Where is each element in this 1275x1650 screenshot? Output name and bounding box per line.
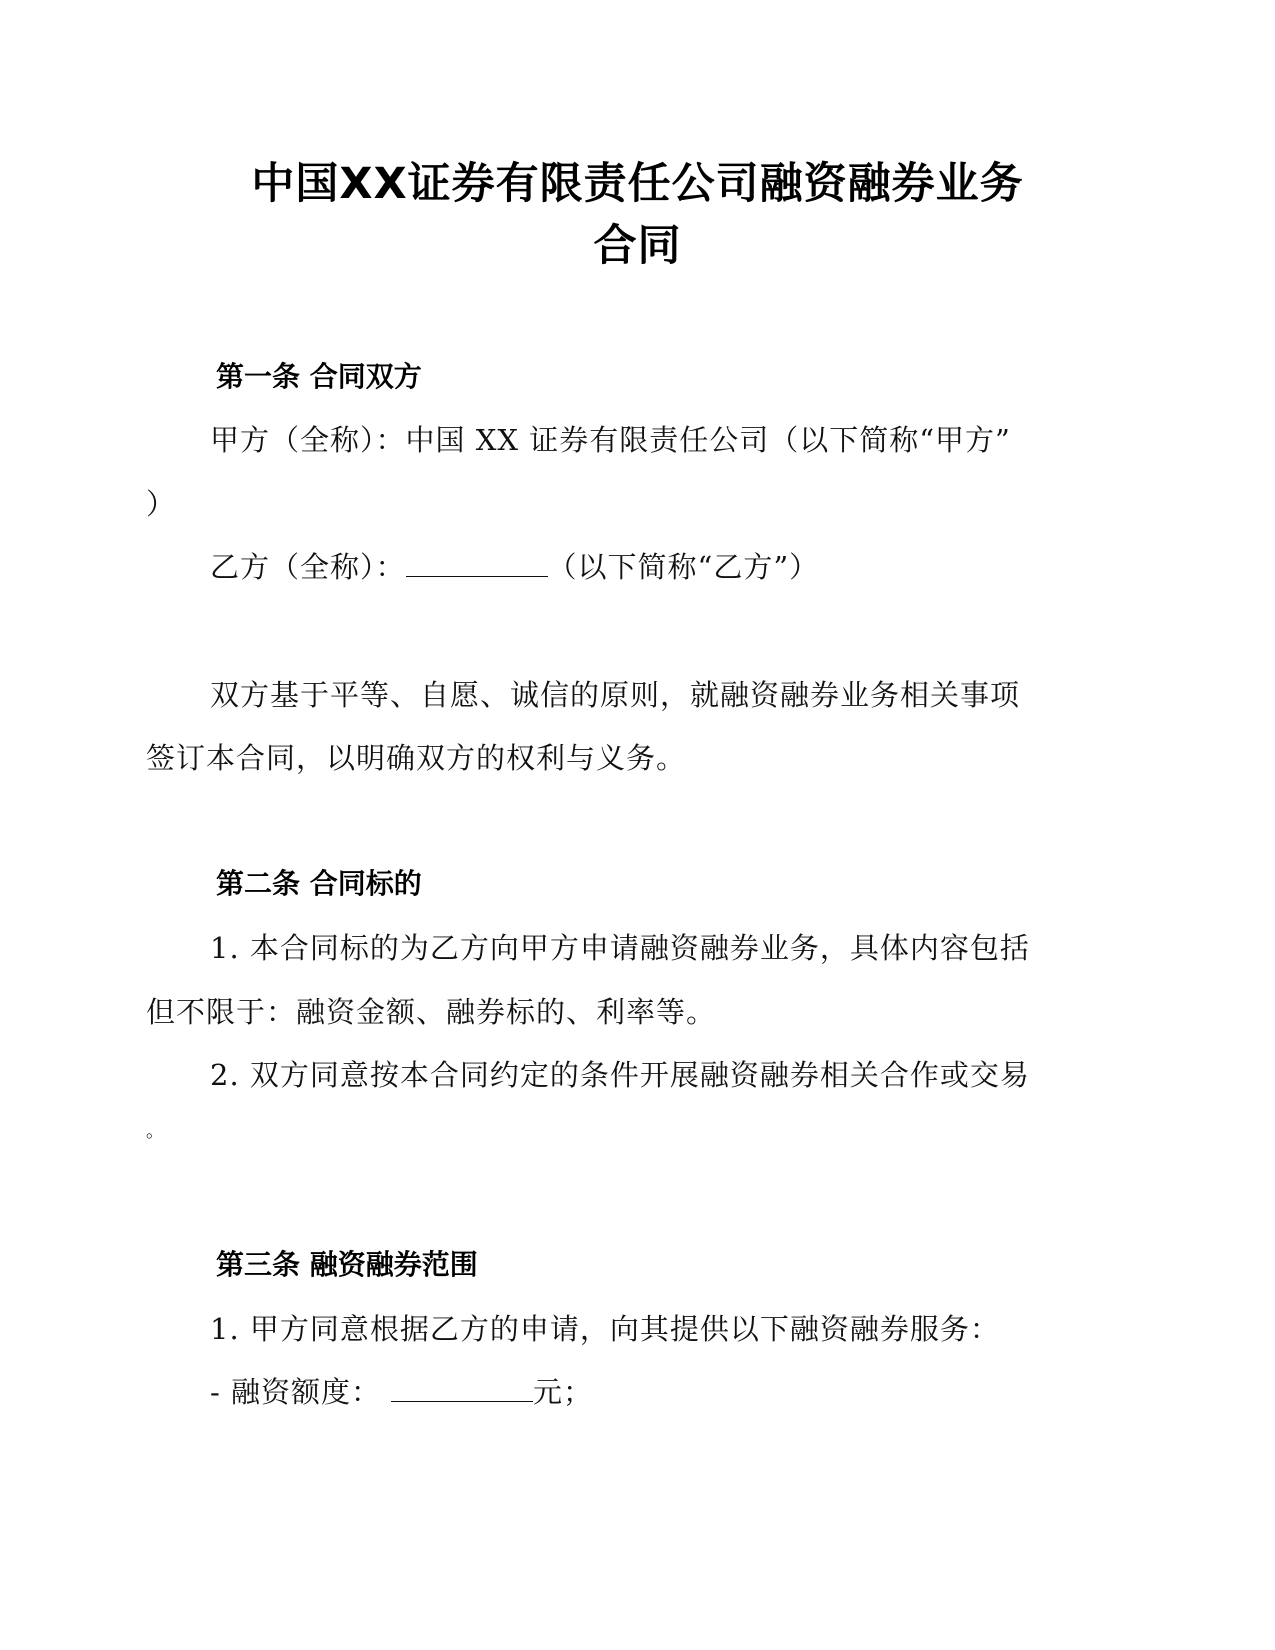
intro-line1: 双方基于平等、自愿、诚信的原则，就融资融券业务相关事项 [210,673,1020,714]
section-2-item1-line2: 但不限于：融资金额、融券标的、利率等。 [146,990,716,1031]
section-1-heading: 第一条 合同双方 [216,355,422,395]
document-title-line1: 中国XX证券有限责任公司融资融券业务 [150,150,1125,211]
financing-amount-suffix: 元； [533,1375,593,1409]
section-2-item1-line1: 1. 本合同标的为乙方向甲方申请融资融券业务，具体内容包括 [210,926,1030,967]
financing-amount-blank[interactable] [391,1371,533,1402]
section-2-item2-line1: 2. 双方同意按本合同约定的条件开展融资融券相关合作或交易 [210,1053,1030,1094]
section-3-item1: 1. 甲方同意根据乙方的申请，向其提供以下融资融券服务： [210,1307,1000,1348]
financing-amount-line: - 融资额度：元； [210,1370,593,1411]
party-a-line2: ） [146,482,176,523]
document-page: 中国XX证券有限责任公司融资融券业务 合同 第一条 合同双方 甲方（全称）：中国… [0,0,1275,1650]
party-b-label: 乙方（全称）： [210,550,406,584]
intro-line2: 签订本合同，以明确双方的权利与义务。 [146,736,686,777]
party-b-name-blank[interactable] [406,546,548,577]
party-b-suffix: （以下简称“乙方”） [548,550,820,584]
party-b-line: 乙方（全称）：（以下简称“乙方”） [210,545,819,586]
section-2-heading: 第二条 合同标的 [216,862,422,902]
section-2-item2-line2: 。 [146,1117,165,1143]
document-title-line2: 合同 [150,212,1125,273]
section-3-heading: 第三条 融资融券范围 [216,1243,478,1283]
party-a-line1: 甲方（全称）：中国 XX 证券有限责任公司（以下简称“甲方” [210,418,1011,459]
financing-amount-label: - 融资额度： [210,1375,381,1409]
